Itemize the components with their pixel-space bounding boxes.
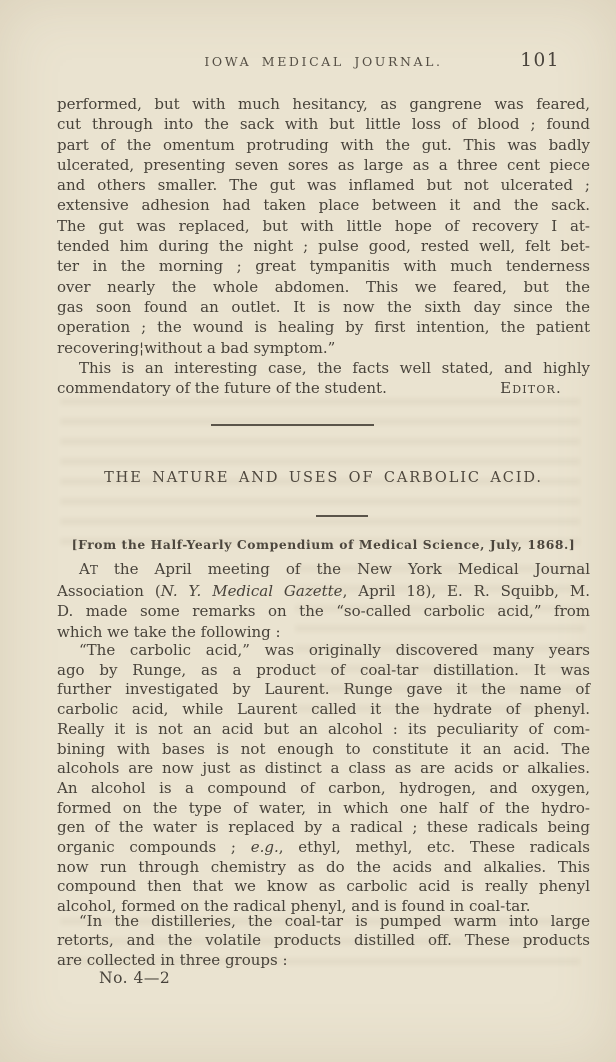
case-report-paragraph: performed, but with much hesitancy, as g… bbox=[57, 94, 590, 358]
article-subtitle-rule bbox=[316, 515, 368, 517]
text-line: carbolic acid, while Laurent called it t… bbox=[57, 700, 590, 720]
text-line: compound then that we know as carbolic a… bbox=[57, 877, 590, 897]
text-line: commendatory of the future of the studen… bbox=[57, 378, 590, 398]
text-line: further investigated by Laurent. Runge g… bbox=[57, 680, 590, 700]
text-line: gas soon found an outlet. It is now the … bbox=[57, 297, 590, 317]
text-line: ago by Runge, as a product of coal-tar d… bbox=[57, 661, 590, 681]
text-line: ter in the morning ; great tympanitis wi… bbox=[57, 256, 590, 276]
editor-signature: Editor. bbox=[500, 378, 562, 398]
text-line: which we take the following : bbox=[57, 622, 590, 643]
text-line: bining with bases is not enough to const… bbox=[57, 740, 590, 760]
page-header: IOWA MEDICAL JOURNAL. 101 bbox=[57, 54, 590, 78]
text-line: retorts, and the volatile products disti… bbox=[57, 931, 590, 950]
text-line: The gut was replaced, but with little ho… bbox=[57, 216, 590, 236]
text-line: An alcohol is a compound of carbon, hydr… bbox=[57, 779, 590, 799]
journal-title: IOWA MEDICAL JOURNAL. bbox=[57, 54, 590, 69]
text-line: D. made some remarks on the “so-called c… bbox=[57, 601, 590, 622]
text-line: recovering¦without a bad symptom.” bbox=[57, 338, 590, 358]
text-line: over nearly the whole abdomen. This we f… bbox=[57, 277, 590, 297]
text-line: alcohols are now just as distinct a clas… bbox=[57, 759, 590, 779]
text-line: are collected in three groups : bbox=[57, 951, 590, 970]
text-line: “The carbolic acid,” was originally disc… bbox=[57, 641, 590, 661]
text-line: operation ; the wound is healing by firs… bbox=[57, 317, 590, 337]
text-line: Association (N. Y. Medical Gazette, Apri… bbox=[57, 581, 590, 602]
text-line: tended him during the night ; pulse good… bbox=[57, 236, 590, 256]
article-paragraph-1: AT the April meeting of the New York Med… bbox=[57, 559, 590, 642]
editor-note-paragraph: This is an interesting case, the facts w… bbox=[57, 358, 590, 399]
text-line: This is an interesting case, the facts w… bbox=[57, 358, 590, 378]
editor-note-closing: commendatory of the future of the studen… bbox=[57, 379, 387, 397]
text-line: organic compounds ; e.g., ethyl, methyl,… bbox=[57, 838, 590, 858]
text-line: and others smaller. The gut was inflamed… bbox=[57, 175, 590, 195]
text-line: part of the omentum protruding with the … bbox=[57, 135, 590, 155]
issue-signature: No. 4—2 bbox=[99, 969, 170, 987]
article-title: THE NATURE AND USES OF CARBOLIC ACID. bbox=[57, 470, 590, 486]
text-line: now run through chemistry as do the acid… bbox=[57, 858, 590, 878]
scanned-journal-page: IOWA MEDICAL JOURNAL. 101 performed, but… bbox=[0, 0, 616, 1062]
text-line: formed on the type of water, in which on… bbox=[57, 799, 590, 819]
text-line: Really it is not an acid but an alcohol … bbox=[57, 720, 590, 740]
text-line: performed, but with much hesitancy, as g… bbox=[57, 94, 590, 114]
text-line: “In the distilleries, the coal-tar is pu… bbox=[57, 912, 590, 931]
text-line: gen of the water is replaced by a radica… bbox=[57, 818, 590, 838]
section-divider-rule bbox=[211, 424, 374, 426]
text-line: extensive adhesion had taken place betwe… bbox=[57, 195, 590, 215]
text-line: cut through into the sack with but littl… bbox=[57, 114, 590, 134]
text-line: ulcerated, presenting seven sores as lar… bbox=[57, 155, 590, 175]
page-number: 101 bbox=[520, 50, 560, 71]
article-paragraph-2: “The carbolic acid,” was originally disc… bbox=[57, 641, 590, 917]
article-paragraph-3: “In the distilleries, the coal-tar is pu… bbox=[57, 912, 590, 970]
source-citation: [From the Half-Yearly Compendium of Medi… bbox=[57, 537, 590, 552]
text-line: AT the April meeting of the New York Med… bbox=[57, 559, 590, 581]
